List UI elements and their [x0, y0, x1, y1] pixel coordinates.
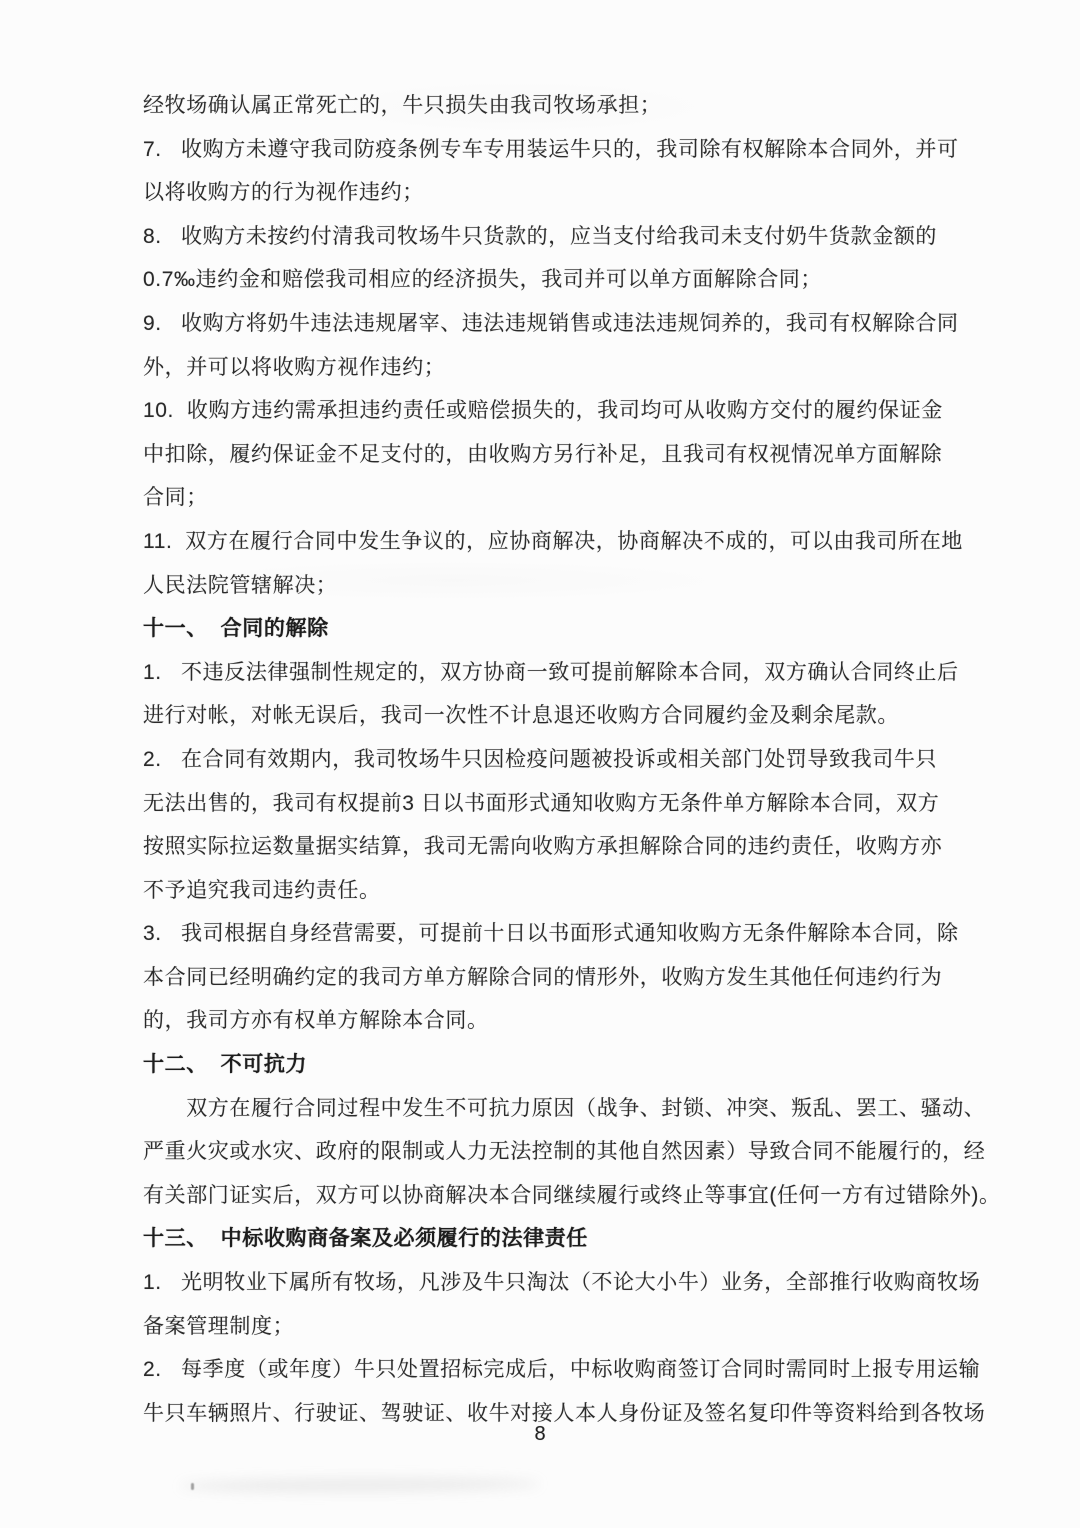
section-heading: 十三、 中标收购商备案及必须履行的法律责任 — [143, 1217, 963, 1261]
text-line: 不予追究我司违约责任。 — [143, 869, 963, 913]
text-line: 的，我司方亦有权单方解除本合同。 — [143, 999, 963, 1043]
section-heading: 十二、 不可抗力 — [143, 1043, 963, 1087]
scan-dot-artifact — [191, 1483, 194, 1490]
text-line: 2. 在合同有效期内，我司牧场牛只因检疫问题被投诉或相关部门处罚导致我司牛只 — [143, 738, 963, 782]
page-number: 8 — [0, 1414, 1080, 1454]
text-line: 以将收购方的行为视作违约； — [143, 171, 963, 215]
text-line: 1. 不违反法律强制性规定的，双方协商一致可提前解除本合同，双方确认合同终止后 — [143, 651, 963, 695]
text-line: 进行对帐，对帐无误后，我司一次性不计息退还收购方合同履约金及剩余尾款。 — [143, 694, 963, 738]
scan-smudge-artifact — [180, 1477, 540, 1494]
text-line: 本合同已经明确约定的我司方单方解除合同的情形外，收购方发生其他任何违约行为 — [143, 956, 963, 1000]
text-line: 3. 我司根据自身经营需要，可提前十日以书面形式通知收购方无条件解除本合同，除 — [143, 912, 963, 956]
contract-page: 经牧场确认属正常死亡的，牛只损失由我司牧场承担；7. 收购方未遵守我司防疫条例专… — [0, 0, 1080, 1528]
text-line: 双方在履行合同过程中发生不可抗力原因（战争、封锁、冲突、叛乱、罢工、骚动、 — [143, 1087, 963, 1131]
text-block: 经牧场确认属正常死亡的，牛只损失由我司牧场承担；7. 收购方未遵守我司防疫条例专… — [143, 84, 963, 1435]
text-line: 严重火灾或水灾、政府的限制或人力无法控制的其他自然因素）导致合同不能履行的，经 — [143, 1130, 963, 1174]
text-line: 1. 光明牧业下属所有牧场，凡涉及牛只淘汰（不论大小牛）业务，全部推行收购商牧场 — [143, 1261, 963, 1305]
text-line: 经牧场确认属正常死亡的，牛只损失由我司牧场承担； — [143, 84, 963, 128]
text-line: 合同； — [143, 476, 963, 520]
text-line: 备案管理制度； — [143, 1305, 963, 1349]
text-line: 按照实际拉运数量据实结算，我司无需向收购方承担解除合同的违约责任，收购方亦 — [143, 825, 963, 869]
text-line: 2. 每季度（或年度）牛只处置招标完成后，中标收购商签订合同时需同时上报专用运输 — [143, 1348, 963, 1392]
text-line: 0.7‰违约金和赔偿我司相应的经济损失，我司并可以单方面解除合同； — [143, 258, 963, 302]
text-line: 外，并可以将收购方视作违约； — [143, 346, 963, 390]
text-line: 人民法院管辖解决； — [143, 564, 963, 608]
text-line: 无法出售的，我司有权提前3 日以书面形式通知收购方无条件单方解除本合同，双方 — [143, 782, 963, 826]
text-line: 中扣除，履约保证金不足支付的，由收购方另行补足，且我司有权视情况单方面解除 — [143, 433, 963, 477]
text-line: 有关部门证实后，双方可以协商解决本合同继续履行或终止等事宜(任何一方有过错除外)… — [143, 1174, 963, 1218]
text-line: 10. 收购方违约需承担违约责任或赔偿损失的，我司均可从收购方交付的履约保证金 — [143, 389, 963, 433]
text-line: 8. 收购方未按约付清我司牧场牛只货款的，应当支付给我司未支付奶牛货款金额的 — [143, 215, 963, 259]
text-line: 11. 双方在履行合同中发生争议的，应协商解决，协商解决不成的，可以由我司所在地 — [143, 520, 963, 564]
section-heading: 十一、 合同的解除 — [143, 607, 963, 651]
text-line: 7. 收购方未遵守我司防疫条例专车专用装运牛只的，我司除有权解除本合同外，并可 — [143, 128, 963, 172]
text-line: 9. 收购方将奶牛违法违规屠宰、违法违规销售或违法违规饲养的，我司有权解除合同 — [143, 302, 963, 346]
